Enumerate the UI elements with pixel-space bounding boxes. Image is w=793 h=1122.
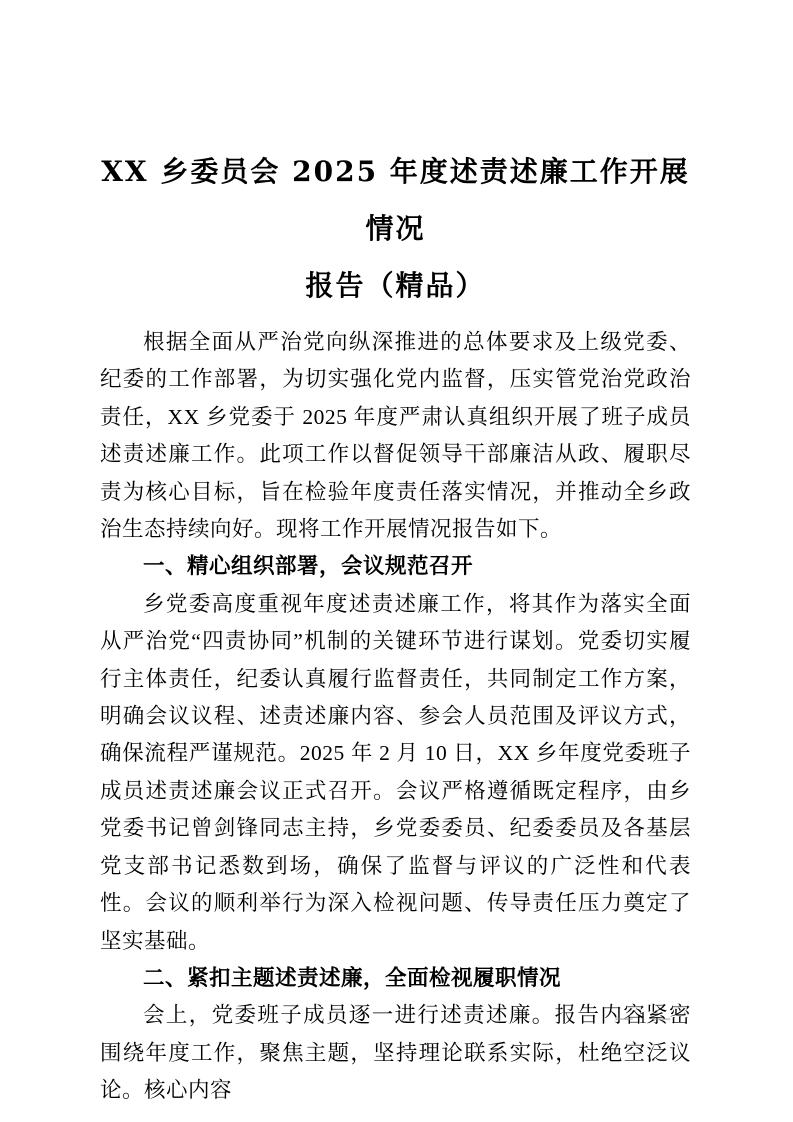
document-page: XX 乡委员会 2025 年度述责述廉工作开展情况 报告（精品） 根据全面从严治…	[0, 0, 793, 1122]
page-number: —1—	[0, 1007, 676, 1029]
page-number-dash-left: —	[610, 1008, 639, 1027]
paragraph-intro: 根据全面从严治党向纵深推进的总体要求及上级党委、纪委的工作部署，为切实强化党内监…	[100, 324, 691, 548]
document-title-line-2: 报告（精品）	[100, 257, 691, 314]
section-heading-1: 一、精心组织部署，会议规范召开	[100, 548, 691, 585]
document-title: XX 乡委员会 2025 年度述责述廉工作开展情况 报告（精品）	[100, 143, 691, 314]
section-heading-2: 二、紧扣主题述责述廉，全面检视履职情况	[100, 960, 691, 997]
document-title-line-1: XX 乡委员会 2025 年度述责述廉工作开展情况	[100, 143, 691, 257]
paragraph-section-1: 乡党委高度重视年度述责述廉工作，将其作为落实全面从严治党“四责协同”机制的关键环…	[100, 586, 691, 960]
document-content: XX 乡委员会 2025 年度述责述廉工作开展情况 报告（精品） 根据全面从严治…	[100, 143, 691, 1110]
page-number-value: 1	[639, 1008, 648, 1027]
page-number-dash-right: —	[647, 1008, 676, 1027]
